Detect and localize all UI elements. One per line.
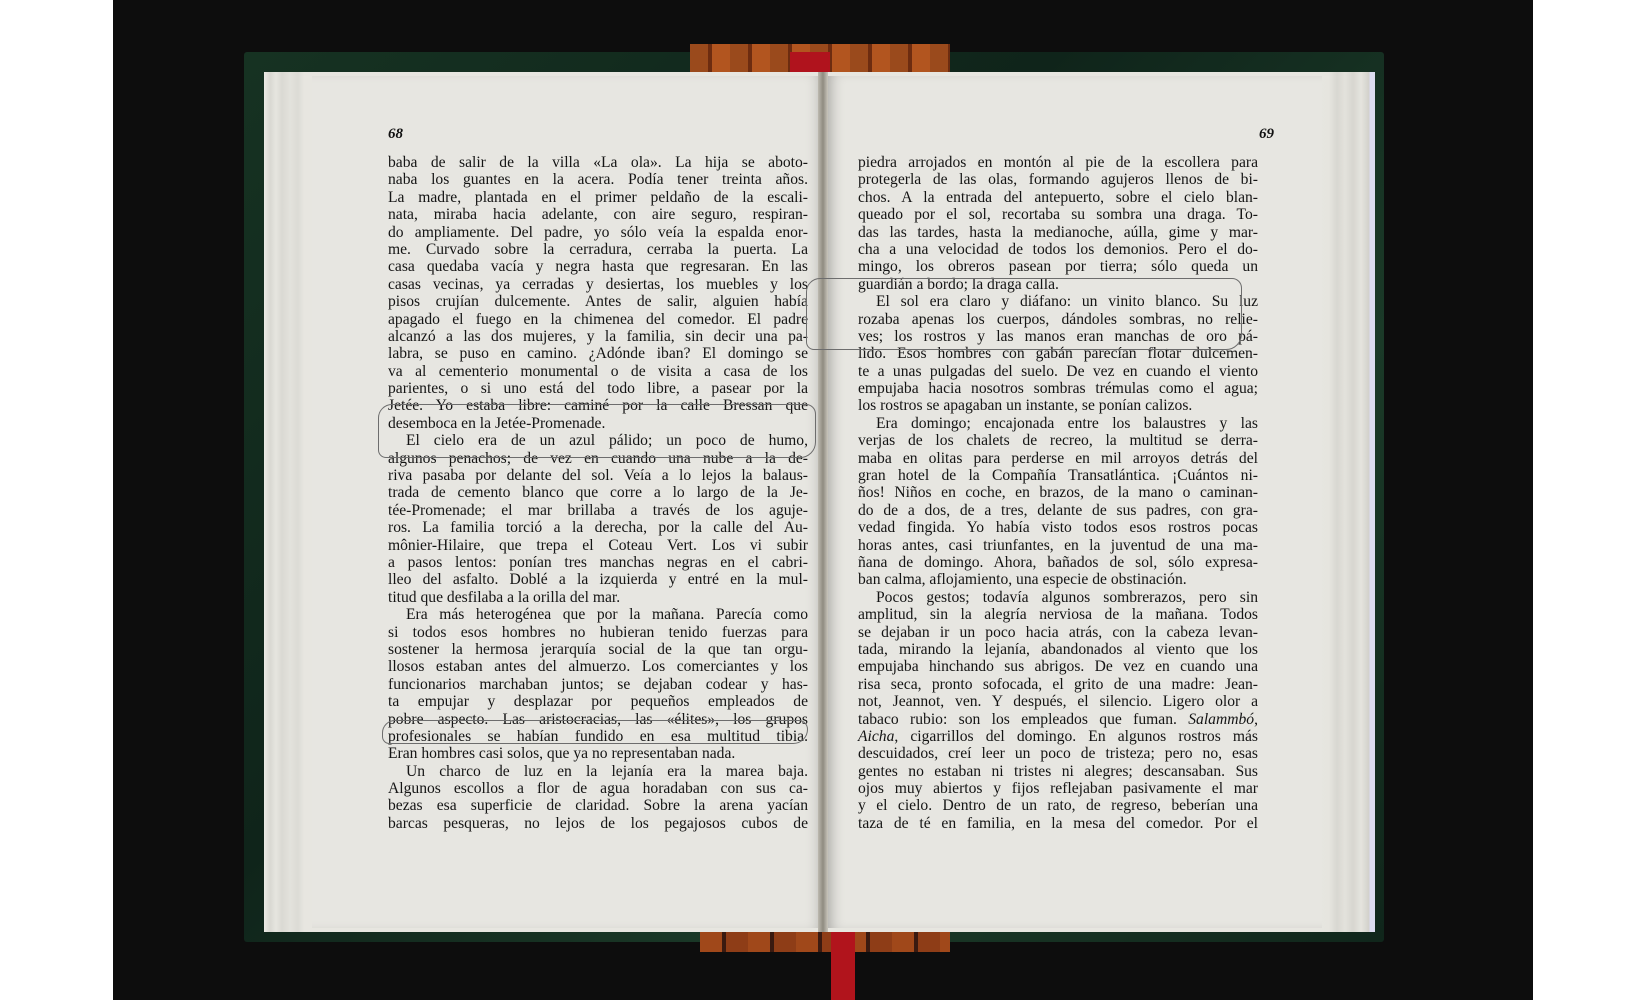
text-line: titud que desfilaba a la orilla del mar.: [388, 589, 808, 606]
text-line: bezas esa superficie de claridad. Sobre …: [388, 797, 808, 814]
page-number-left: 68: [388, 126, 403, 143]
text-line: y el cielo. Dentro de un rato, de regres…: [858, 797, 1258, 814]
text-line: do de a dos, de a tres, delante de sus p…: [858, 502, 1258, 519]
text-line: Eran hombres casi solos, que ya no repre…: [388, 745, 808, 762]
text-line: El sol era claro y diáfano: un vinito bl…: [858, 293, 1258, 310]
text-line: profesionales se habían fundido en esa m…: [388, 728, 808, 745]
text-line: los rostros se apagaban un instante, se …: [858, 397, 1258, 414]
text-line: llosos estaban antes del almuerzo. Los c…: [388, 658, 808, 675]
text-line: nata, miraba hacia adelante, con aire se…: [388, 206, 808, 223]
bookmark-ribbon-top: [790, 52, 830, 72]
text-line: apagado el fuego en la chimenea del come…: [388, 311, 808, 328]
text-line: Jetée. Yo estaba libre: caminé por la ca…: [388, 397, 808, 414]
text-line: me. Curvado sobre la cerradura, cerraba …: [388, 241, 808, 258]
text-line: casa quedaba vacía y negra hasta que reg…: [388, 258, 808, 275]
text-line: si todos esos hombres no hubieran tenido…: [388, 624, 808, 641]
text-line: labra, se puso en camino. ¿Adónde iban? …: [388, 345, 808, 362]
text-line: pobre aspecto. Las aristocracias, las «é…: [388, 711, 808, 728]
text-line: Un charco de luz en la lejanía era la ma…: [388, 763, 808, 780]
text-line: tabaco rubio: son los empleados que fuma…: [858, 711, 1258, 728]
headband-bottom: [700, 930, 950, 952]
text-line: queado por el sol, recortaba su sombra u…: [858, 206, 1258, 223]
text-line: desemboca en la Jetée-Promenade.: [388, 415, 808, 432]
text-line: Algunos escollos a flor de agua horadaba…: [388, 780, 808, 797]
text-line: La madre, plantada en el primer peldaño …: [388, 189, 808, 206]
text-line: sostener la hermosa jerarquía social de …: [388, 641, 808, 658]
text-line: naba los guantes en la acera. Podía tene…: [388, 171, 808, 188]
text-line: maba en olitas para perderse en mil arro…: [858, 450, 1258, 467]
text-line: pisos crujían dulcemente. Antes de salir…: [388, 293, 808, 310]
text-line: se dejaban ir un poco hacia atrás, con l…: [858, 624, 1258, 641]
text-line: ños! Niños en coche, en brazos, de la ma…: [858, 484, 1258, 501]
text-line: barcas pesqueras, no lejos de los pegajo…: [388, 815, 808, 832]
text-line: amplitud, sin la alegría nerviosa de la …: [858, 606, 1258, 623]
text-line: a pasos lentos: ponían tres manchas negr…: [388, 554, 808, 571]
right-page-text: piedra arrojados en montón al pie de la …: [858, 154, 1258, 832]
text-line: ta empujar y desplazar por pequeños empl…: [388, 693, 808, 710]
text-line: guardián a bordo; la draga calla.: [858, 276, 1258, 293]
text-line: empujaba hinchando sus abrigos. De vez e…: [858, 658, 1258, 675]
text-line: risa seca, pronto sofocada, el grito de …: [858, 676, 1258, 693]
text-line: rozaba apenas los cuerpos, dándoles somb…: [858, 311, 1258, 328]
text-line: ojos muy abiertos y fijos reflejaban pas…: [858, 780, 1258, 797]
text-line: horas antes, casi triunfantes, en la juv…: [858, 537, 1258, 554]
text-line: Aicha, cigarrillos del domingo. En algun…: [858, 728, 1258, 745]
text-line: algunos penachos; de vez en cuando una n…: [388, 450, 808, 467]
text-line: te a unas pulgadas del suelo. De vez en …: [858, 363, 1258, 380]
left-page: 68 baba de salir de la villa «La ola». L…: [312, 76, 822, 928]
text-line: chos. A la entrada del antepuerto, sobre…: [858, 189, 1258, 206]
text-line: gran hotel de la Compañía Transatlántica…: [858, 467, 1258, 484]
page-number-right: 69: [1259, 126, 1274, 143]
text-line: casas vecinas, ya cerradas y desiertas, …: [388, 276, 808, 293]
text-line: baba de salir de la villa «La ola». La h…: [388, 154, 808, 171]
text-line: protegerla de las olas, formando agujero…: [858, 171, 1258, 188]
text-line: not, Jeannot, ven. Y después, el silenci…: [858, 693, 1258, 710]
text-line: ñana de domingo. Ahora, bañados de sol, …: [858, 554, 1258, 571]
text-line: cha a una velocidad de todos los demonio…: [858, 241, 1258, 258]
text-line: va al cementerio monumental o de visita …: [388, 363, 808, 380]
text-line: tada, mirando la lejanía, abandonados al…: [858, 641, 1258, 658]
text-line: das las tardes, hasta la medianoche, aúl…: [858, 224, 1258, 241]
text-line: parientes, o si uno está del todo libre,…: [388, 380, 808, 397]
text-line: do ampliamente. Del padre, yo sólo veía …: [388, 224, 808, 241]
text-line: verjas de los chalets de recreo, la mult…: [858, 432, 1258, 449]
text-line: riva pasaba por delante del sol. Veía a …: [388, 467, 808, 484]
text-line: descuidados, creí leer un poco de triste…: [858, 745, 1258, 762]
text-line: tée-Promenade; el mar brillaba a través …: [388, 502, 808, 519]
text-line: ban calma, aflojamiento, una especie de …: [858, 571, 1258, 588]
left-page-text: baba de salir de la villa «La ola». La h…: [388, 154, 808, 832]
text-line: El cielo era de un azul pálido; un poco …: [388, 432, 808, 449]
text-line: Era domingo; encajonada entre los balaus…: [858, 415, 1258, 432]
text-line: ros. La familia torció a la derecha, por…: [388, 519, 808, 536]
text-line: Pocos gestos; todavía algunos sombrerazo…: [858, 589, 1258, 606]
text-line: gentes no estaban ni tristes ni alegres;…: [858, 763, 1258, 780]
headband-top: [690, 44, 950, 72]
text-line: taza de té en familia, en la mesa del co…: [858, 815, 1258, 832]
book-gutter: [818, 72, 828, 932]
text-line: trada de cemento blanco que corre a lo l…: [388, 484, 808, 501]
text-line: mônier-Hilaire, que trepa el Coteau Vert…: [388, 537, 808, 554]
right-page: 69 piedra arrojados en montón al pie de …: [828, 76, 1322, 928]
text-line: ves; los rostros y las manos eran mancha…: [858, 328, 1258, 345]
text-line: alcanzó a las dos mujeres, y la familia,…: [388, 328, 808, 345]
text-line: funcionarios marchaban juntos; se dejaba…: [388, 676, 808, 693]
text-line: vedad fingida. Yo había visto todos esos…: [858, 519, 1258, 536]
text-line: lido. Esos hombres con gabán parecían fl…: [858, 345, 1258, 362]
text-line: Era más heterogénea que por la mañana. P…: [388, 606, 808, 623]
text-line: empujaba hacia nosotros sombras trémulas…: [858, 380, 1258, 397]
text-line: piedra arrojados en montón al pie de la …: [858, 154, 1258, 171]
text-line: mingo, los obreros pasean por tierra; só…: [858, 258, 1258, 275]
text-line: lleo del asfalto. Doblé a la izquierda y…: [388, 571, 808, 588]
bookmark-ribbon: [831, 930, 855, 1000]
